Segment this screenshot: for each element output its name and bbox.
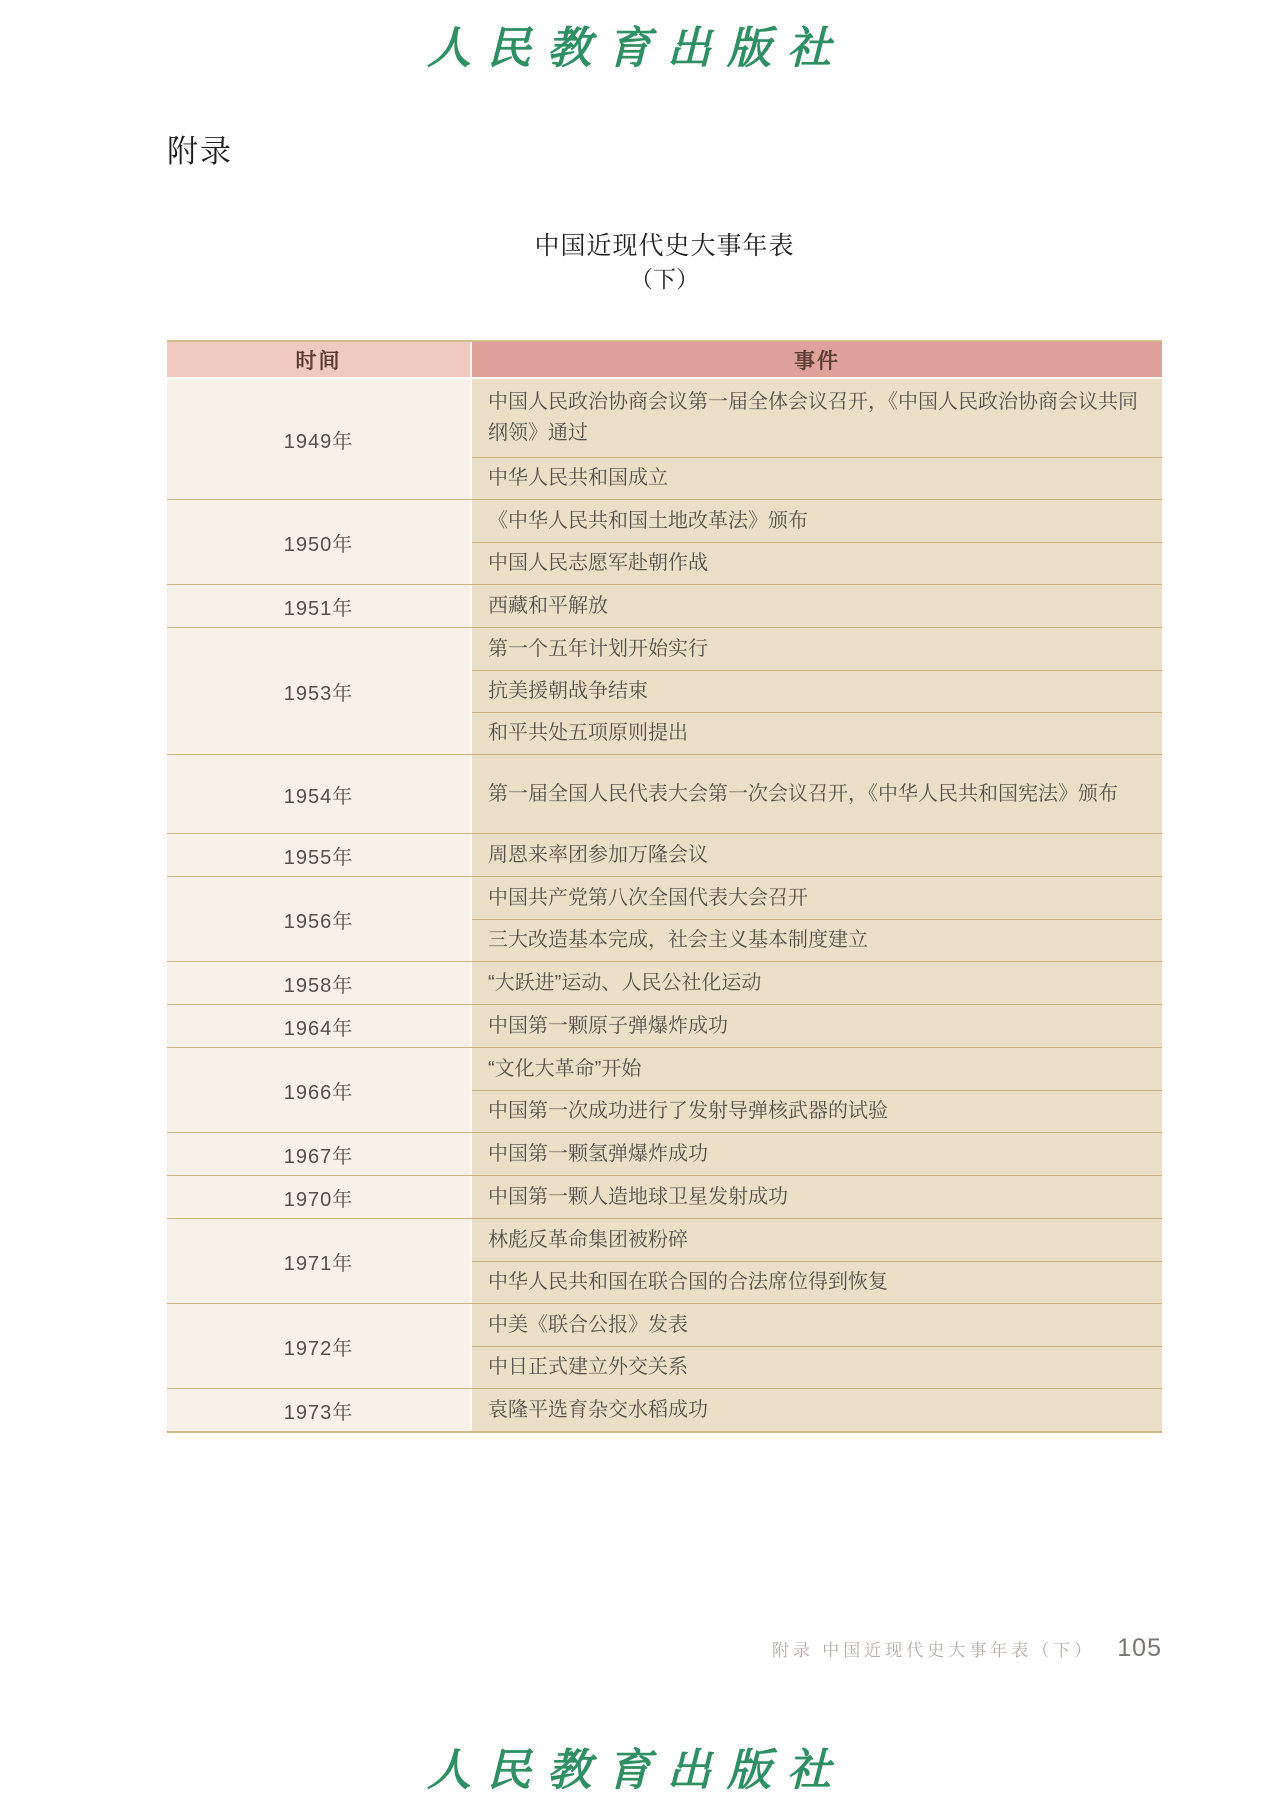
table-row: 1972年 中美《联合公报》发表 中日正式建立外交关系 [167,1303,1162,1388]
year-cell: 1956年 [167,877,470,961]
table-row: 1964年 中国第一颗原子弹爆炸成功 [167,1004,1162,1047]
event-cell: 林彪反革命集团被粉碎 [472,1219,1162,1261]
running-title: 附录 中国近现代史大事年表（下） [772,1636,1095,1661]
event-cell: 中国第一颗氢弹爆炸成功 [472,1133,1162,1175]
event-cell: 中华人民共和国成立 [472,457,1162,499]
page-number: 105 [1117,1634,1162,1663]
event-column: 林彪反革命集团被粉碎 中华人民共和国在联合国的合法席位得到恢复 [470,1219,1162,1303]
time-column-header: 时间 [167,342,470,377]
event-column: 第一个五年计划开始实行 抗美援朝战争结束 和平共处五项原则提出 [470,628,1162,754]
event-cell: 中国人民志愿军赴朝作战 [472,542,1162,584]
event-cell: 第一个五年计划开始实行 [472,628,1162,670]
table-row: 1967年 中国第一颗氢弹爆炸成功 [167,1132,1162,1175]
year-cell: 1951年 [167,585,470,627]
event-cell: 袁隆平选育杂交水稻成功 [472,1389,1162,1431]
table-row: 1953年 第一个五年计划开始实行 抗美援朝战争结束 和平共处五项原则提出 [167,627,1162,754]
event-column: 中国第一颗原子弹爆炸成功 [470,1005,1162,1047]
event-column: 中美《联合公报》发表 中日正式建立外交关系 [470,1304,1162,1388]
event-column: 西藏和平解放 [470,585,1162,627]
event-cell: 中华人民共和国在联合国的合法席位得到恢复 [472,1261,1162,1303]
event-cell: “文化大革命”开始 [472,1048,1162,1090]
event-cell: 中国共产党第八次全国代表大会召开 [472,877,1162,919]
publisher-logo-calligraphy-top: 人民教育出版社 [0,12,1274,76]
year-cell: 1973年 [167,1389,470,1431]
table-subtitle: （下） [167,261,1162,294]
event-column: 中国共产党第八次全国代表大会召开 三大改造基本完成，社会主义基本制度建立 [470,877,1162,961]
year-cell: 1966年 [167,1048,470,1132]
table-row: 1949年 中国人民政治协商会议第一届全体会议召开，《中国人民政治协商会议共同纲… [167,379,1162,499]
table-row: 1966年 “文化大革命”开始 中国第一次成功进行了发射导弹核武器的试验 [167,1047,1162,1132]
table-row: 1958年 “大跃进”运动、人民公社化运动 [167,961,1162,1004]
year-cell: 1964年 [167,1005,470,1047]
event-cell: 中日正式建立外交关系 [472,1346,1162,1388]
table-row: 1973年 袁隆平选育杂交水稻成功 [167,1388,1162,1431]
event-cell: 周恩来率团参加万隆会议 [472,834,1162,876]
table-row: 1950年 《中华人民共和国土地改革法》颁布 中国人民志愿军赴朝作战 [167,499,1162,584]
table-row: 1954年 第一届全国人民代表大会第一次会议召开，《中华人民共和国宪法》颁布 [167,754,1162,833]
event-column: 中国第一颗人造地球卫星发射成功 [470,1176,1162,1218]
table-row: 1956年 中国共产党第八次全国代表大会召开 三大改造基本完成，社会主义基本制度… [167,876,1162,961]
timeline-table: 时间 事件 1949年 中国人民政治协商会议第一届全体会议召开，《中国人民政治协… [167,340,1162,1433]
textbook-page: 人民教育出版社 附录 中国近现代史大事年表 （下） 时间 事件 1949年 中国… [0,0,1274,1800]
table-title: 中国近现代史大事年表 [167,226,1162,262]
event-cell: “大跃进”运动、人民公社化运动 [472,962,1162,1004]
event-column: 第一届全国人民代表大会第一次会议召开，《中华人民共和国宪法》颁布 [470,755,1162,833]
year-cell: 1954年 [167,755,470,833]
event-column: “文化大革命”开始 中国第一次成功进行了发射导弹核武器的试验 [470,1048,1162,1132]
year-cell: 1971年 [167,1219,470,1303]
page-footer: 附录 中国近现代史大事年表（下） 105 [167,1634,1162,1663]
appendix-heading: 附录 [167,126,233,171]
table-row: 1951年 西藏和平解放 [167,584,1162,627]
table-row: 1955年 周恩来率团参加万隆会议 [167,833,1162,876]
year-cell: 1955年 [167,834,470,876]
event-cell: 中美《联合公报》发表 [472,1304,1162,1346]
event-column: 中国第一颗氢弹爆炸成功 [470,1133,1162,1175]
event-cell: 《中华人民共和国土地改革法》颁布 [472,500,1162,542]
year-cell: 1949年 [167,379,470,499]
event-cell: 中国第一颗人造地球卫星发射成功 [472,1176,1162,1218]
year-cell: 1972年 [167,1304,470,1388]
event-column-header: 事件 [470,342,1162,377]
year-cell: 1953年 [167,628,470,754]
event-column: “大跃进”运动、人民公社化运动 [470,962,1162,1004]
table-row: 1970年 中国第一颗人造地球卫星发射成功 [167,1175,1162,1218]
table-header-row: 时间 事件 [167,342,1162,379]
year-cell: 1958年 [167,962,470,1004]
table-row: 1971年 林彪反革命集团被粉碎 中华人民共和国在联合国的合法席位得到恢复 [167,1218,1162,1303]
event-column: 周恩来率团参加万隆会议 [470,834,1162,876]
publisher-logo-calligraphy-bottom: 人民教育出版社 [0,1734,1274,1798]
event-cell: 中国人民政治协商会议第一届全体会议召开，《中国人民政治协商会议共同纲领》通过 [472,379,1162,457]
event-cell: 第一届全国人民代表大会第一次会议召开，《中华人民共和国宪法》颁布 [472,755,1162,833]
year-cell: 1970年 [167,1176,470,1218]
event-cell: 西藏和平解放 [472,585,1162,627]
event-cell: 和平共处五项原则提出 [472,712,1162,754]
event-cell: 三大改造基本完成，社会主义基本制度建立 [472,919,1162,961]
year-cell: 1950年 [167,500,470,584]
event-column: 《中华人民共和国土地改革法》颁布 中国人民志愿军赴朝作战 [470,500,1162,584]
event-cell: 中国第一次成功进行了发射导弹核武器的试验 [472,1090,1162,1132]
event-cell: 抗美援朝战争结束 [472,670,1162,712]
year-cell: 1967年 [167,1133,470,1175]
event-column: 中国人民政治协商会议第一届全体会议召开，《中国人民政治协商会议共同纲领》通过 中… [470,379,1162,499]
event-cell: 中国第一颗原子弹爆炸成功 [472,1005,1162,1047]
event-column: 袁隆平选育杂交水稻成功 [470,1389,1162,1431]
